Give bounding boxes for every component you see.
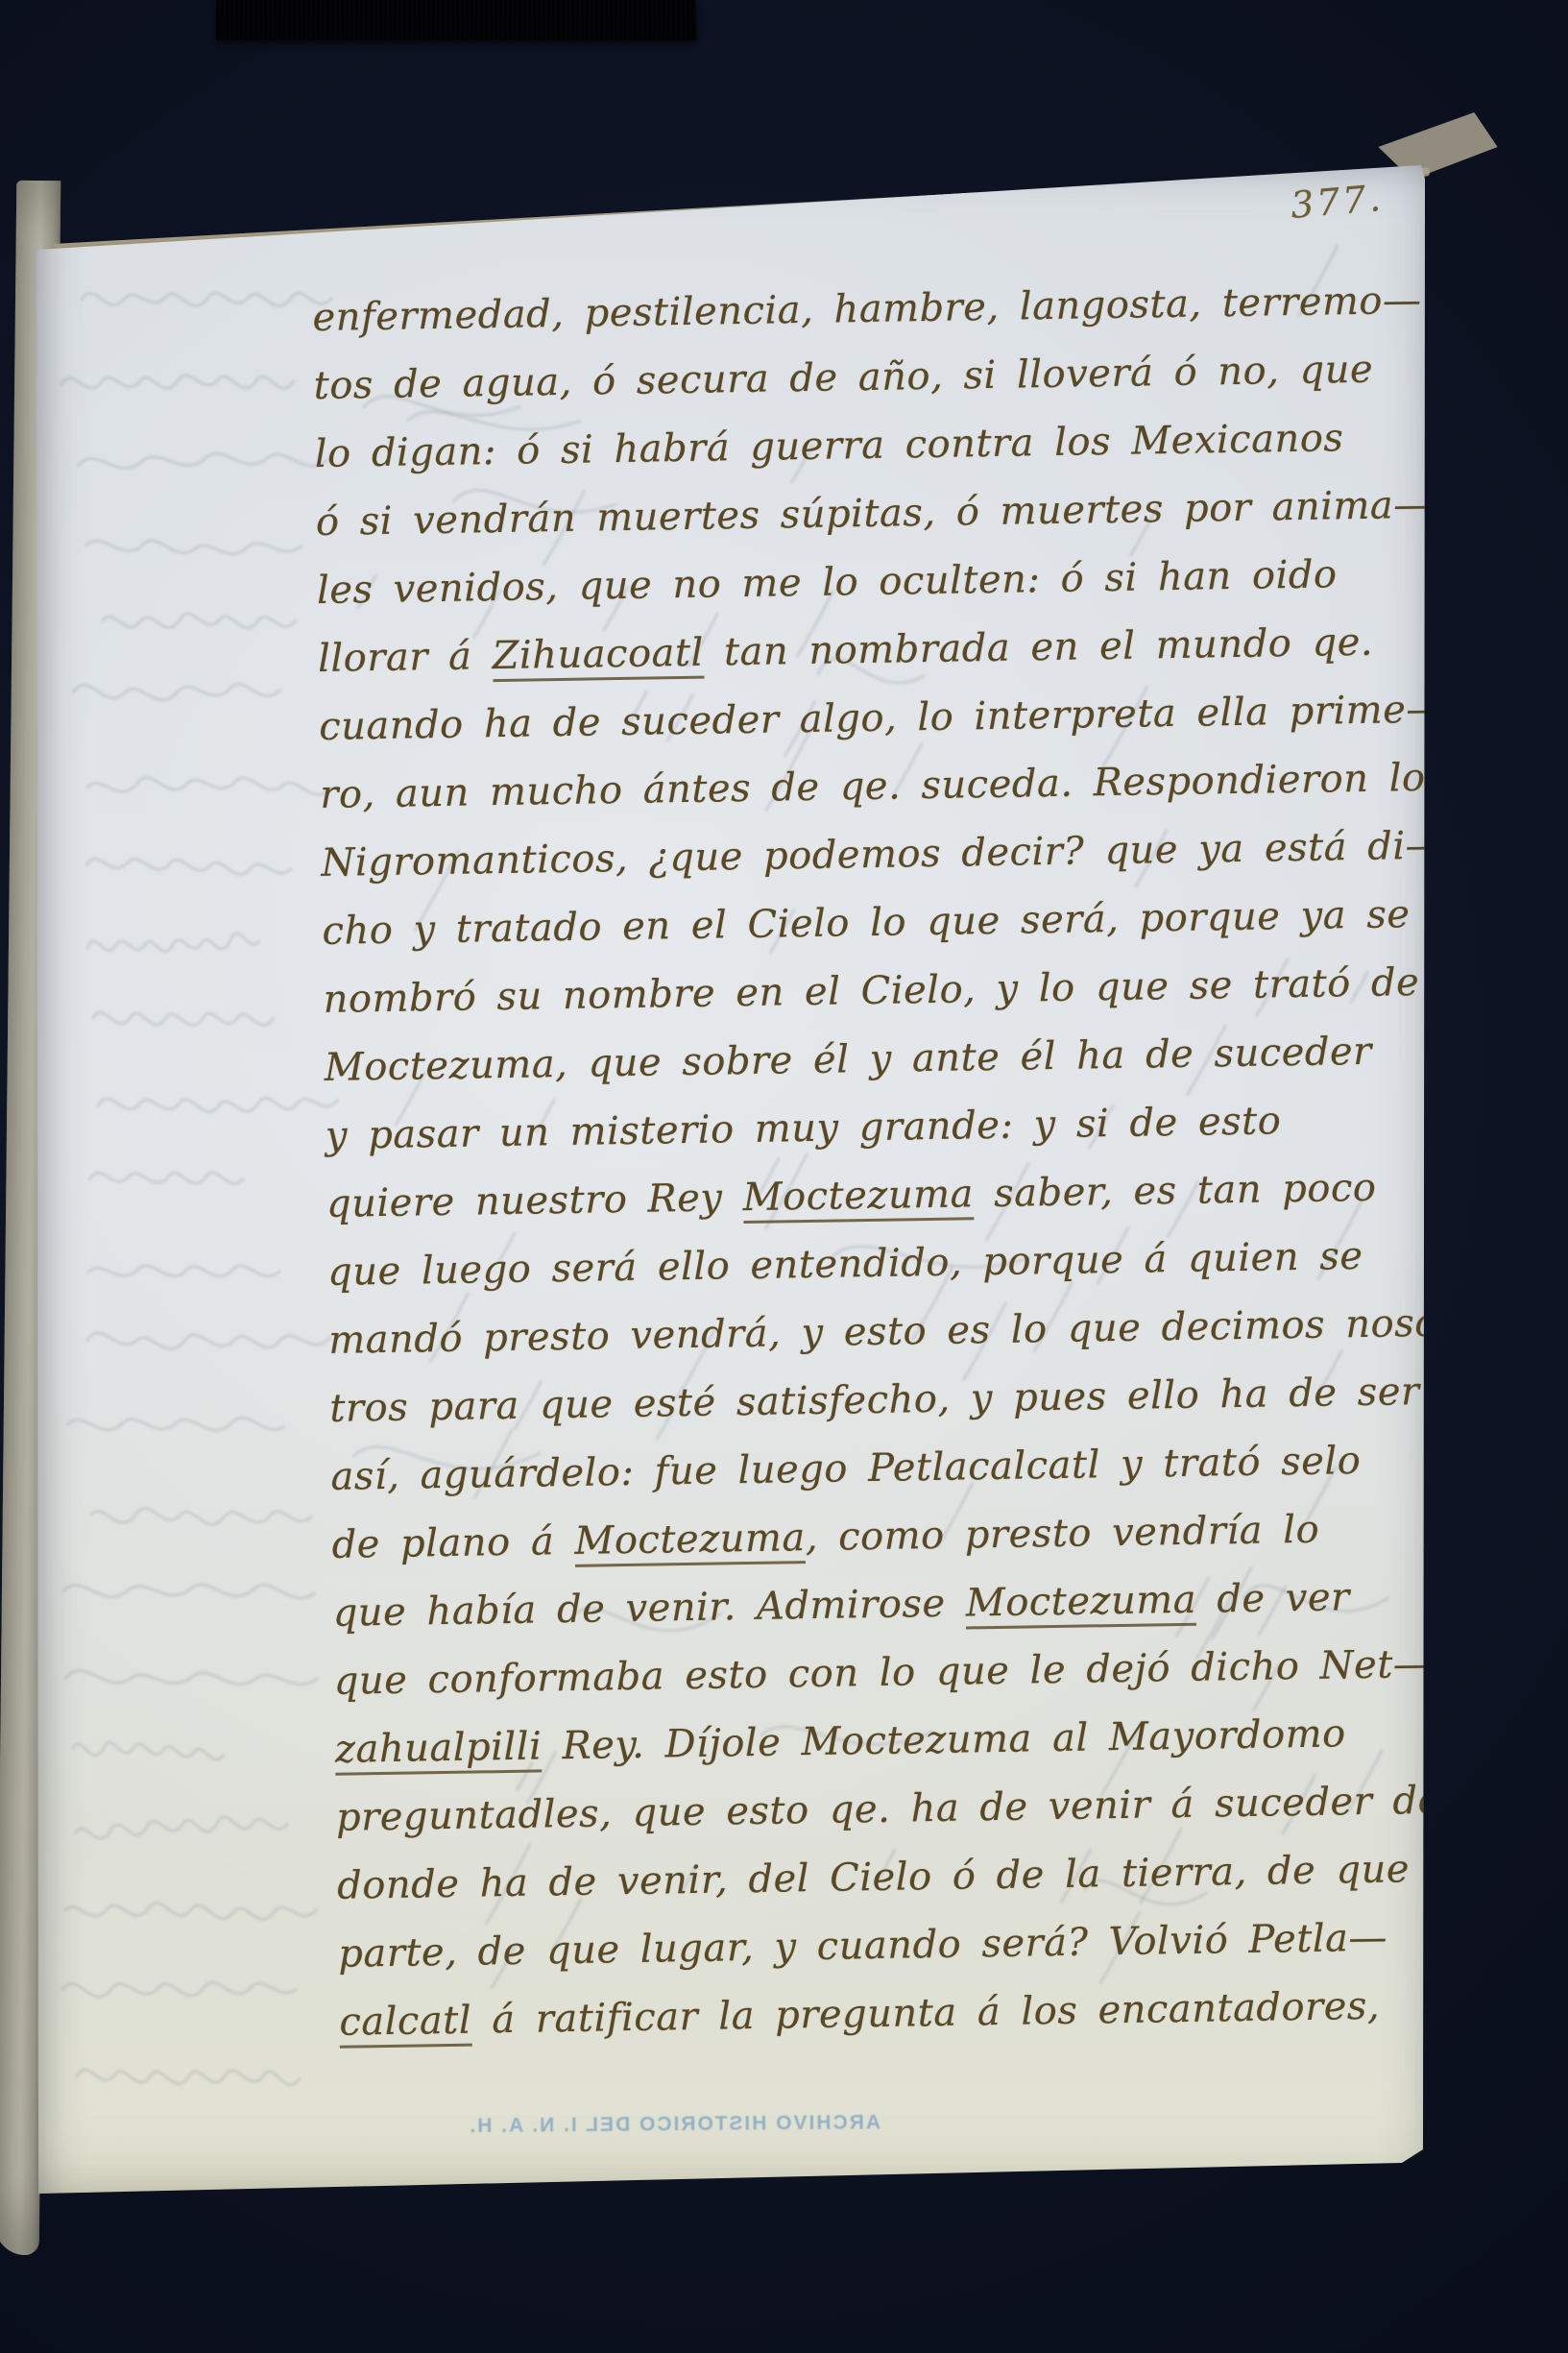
- text-segment: ro, aun mucho ántes de qe. suceda. Respo…: [320, 756, 1446, 817]
- text-segment: tan nombrada en el mundo qe.: [703, 620, 1373, 675]
- underlined-word: Moctezuma: [965, 1578, 1196, 1630]
- text-segment: cho y tratado en el Cielo lo que será, p…: [322, 892, 1411, 954]
- text-segment: Nigromanticos, ¿que podemos decir? que y…: [321, 824, 1444, 885]
- underlined-word: Zihuacoatl: [492, 631, 704, 682]
- text-segment: Rey. Díjole Moctezuma al Mayordomo: [542, 1711, 1346, 1768]
- text-segment: enfermedad, pestilencia, hambre, langost…: [312, 279, 1422, 340]
- text-segment: parte, de que lugar, y cuando será? Volv…: [338, 1916, 1387, 1977]
- book-binding-fabric: [216, 0, 696, 40]
- text-segment: nombró su nombre en el Cielo, y lo que s…: [323, 960, 1419, 1022]
- underlined-word: zahualpilli: [335, 1724, 543, 1775]
- text-segment: que luego será ello entendido, porque á …: [327, 1234, 1363, 1295]
- text-segment: saber, es tan poco: [974, 1166, 1377, 1217]
- text-segment: tros para que esté satisfecho, y pues el…: [329, 1370, 1420, 1431]
- text-segment: así, aguárdelo: fue luego Petlacalcatl y…: [330, 1439, 1361, 1499]
- text-segment: ó si vendrán muertes súpitas, ó muertes …: [316, 483, 1434, 545]
- text-segment: tos de agua, ó secura de año, si lloverá…: [313, 348, 1373, 408]
- text-segment: á ratificar la pregunta á los encantador…: [471, 1984, 1381, 2043]
- text-segment: , como presto vendría lo: [805, 1508, 1319, 1560]
- text-segment: de ver: [1196, 1575, 1350, 1622]
- text-segment: preguntadles, que esto qe. ha de venir á…: [336, 1779, 1441, 1840]
- text-segment: llorar á: [318, 634, 493, 681]
- manuscript-lines: enfermedad, pestilencia, hambre, langost…: [312, 267, 1463, 2057]
- underlined-word: Moctezuma: [742, 1172, 974, 1224]
- text-segment: mandó presto vendrá, y esto es lo que de…: [328, 1300, 1478, 1363]
- text-segment: donde ha de venir, del Cielo ó de la tie…: [337, 1847, 1411, 1908]
- text-segment: lo digan: ó si habrá guerra contra los M…: [314, 416, 1343, 476]
- manuscript-page: 377. enfermedad, pestilencia, hambre, la…: [31, 154, 1444, 2199]
- text-segment: quiere nuestro Rey: [326, 1176, 743, 1226]
- text-segment: les venidos, que no me lo oculten: ó si …: [317, 552, 1338, 613]
- text-segment: que había de venir. Admirose: [332, 1581, 966, 1635]
- underlined-word: Moctezuma: [574, 1516, 806, 1567]
- photograph-of-bound-manuscript: { "page": { "number": "377.", "stamp": "…: [0, 0, 1568, 2353]
- text-segment: y pasar un misterio muy grande: y si de …: [326, 1099, 1282, 1158]
- underlined-word: calcatl: [339, 1999, 471, 2049]
- text-segment: cuando ha de suceder algo, lo interpreta…: [319, 688, 1445, 749]
- archive-stamp-mirrored: ARCHIVO HISTORICO DEL I. N. A. H.: [516, 2111, 880, 2137]
- text-segment: que conformaba esto con lo que le dejó d…: [333, 1642, 1432, 1704]
- text-segment: Moctezuma, que sobre él y ante él ha de …: [324, 1030, 1372, 1090]
- text-segment: de plano á: [331, 1519, 575, 1567]
